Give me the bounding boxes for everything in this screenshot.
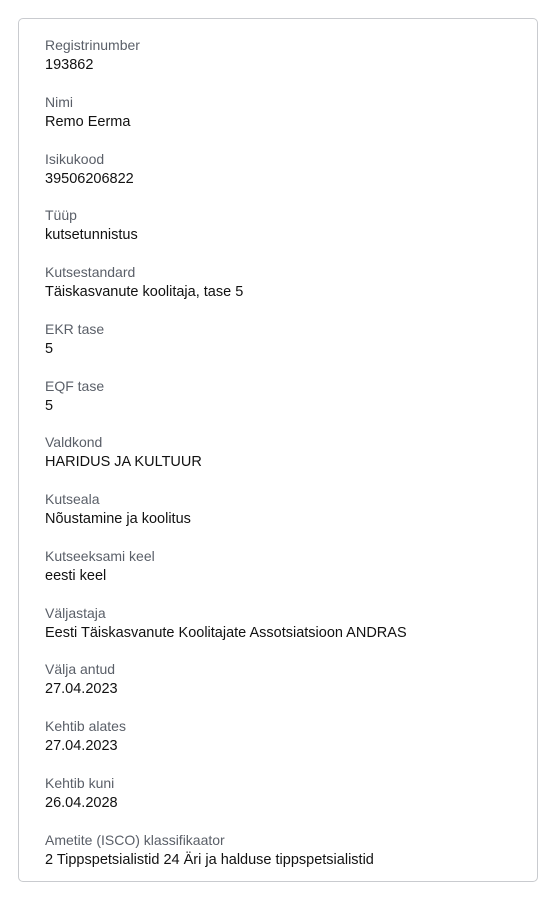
field-eqf-tase: EQF tase 5: [45, 376, 511, 433]
field-label: Registrinumber: [45, 35, 511, 56]
field-value: 193862: [45, 56, 511, 74]
field-value: 27.04.2023: [45, 680, 511, 698]
field-label: Väljastaja: [45, 603, 511, 624]
field-value: 26.04.2028: [45, 794, 511, 812]
field-label: Kutsestandard: [45, 262, 511, 283]
field-value: 27.04.2023: [45, 737, 511, 755]
field-label: Valdkond: [45, 432, 511, 453]
field-label: Kehtib kuni: [45, 773, 511, 794]
field-kehtib-alates: Kehtib alates 27.04.2023: [45, 716, 511, 773]
field-label: Kutseala: [45, 489, 511, 510]
field-tyyp: Tüüp kutsetunnistus: [45, 205, 511, 262]
field-value: 2 Tippspetsialistid 24 Äri ja halduse ti…: [45, 851, 511, 869]
field-label: Kehtib alates: [45, 716, 511, 737]
field-nimi: Nimi Remo Eerma: [45, 92, 511, 149]
field-ekr-tase: EKR tase 5: [45, 319, 511, 376]
field-label: Välja antud: [45, 659, 511, 680]
field-registrinumber: Registrinumber 193862: [45, 35, 511, 92]
field-value: Täiskasvanute koolitaja, tase 5: [45, 283, 511, 301]
field-value: 39506206822: [45, 170, 511, 188]
field-label: EQF tase: [45, 376, 511, 397]
field-kutseeksami-keel: Kutseeksami keel eesti keel: [45, 546, 511, 603]
field-value: Nõustamine ja koolitus: [45, 510, 511, 528]
field-kehtib-kuni: Kehtib kuni 26.04.2028: [45, 773, 511, 830]
field-valjastaja: Väljastaja Eesti Täiskasvanute Koolitaja…: [45, 603, 511, 660]
field-valdkond: Valdkond HARIDUS JA KULTUUR: [45, 432, 511, 489]
field-kutseala: Kutseala Nõustamine ja koolitus: [45, 489, 511, 546]
field-label: EKR tase: [45, 319, 511, 340]
field-value: Remo Eerma: [45, 113, 511, 131]
certificate-details-card: Registrinumber 193862 Nimi Remo Eerma Is…: [18, 18, 538, 882]
field-label: Isikukood: [45, 149, 511, 170]
field-value: kutsetunnistus: [45, 226, 511, 244]
field-label: Nimi: [45, 92, 511, 113]
field-isco-klassifikaator: Ametite (ISCO) klassifikaator 2 Tippspet…: [45, 830, 511, 887]
field-value: eesti keel: [45, 567, 511, 585]
field-value: 5: [45, 397, 511, 415]
field-label: Ametite (ISCO) klassifikaator: [45, 830, 511, 851]
field-value: Eesti Täiskasvanute Koolitajate Assotsia…: [45, 624, 511, 642]
field-value: 5: [45, 340, 511, 358]
field-valja-antud: Välja antud 27.04.2023: [45, 659, 511, 716]
field-label: Kutseeksami keel: [45, 546, 511, 567]
field-isikukood: Isikukood 39506206822: [45, 149, 511, 206]
field-kutsestandard: Kutsestandard Täiskasvanute koolitaja, t…: [45, 262, 511, 319]
field-label: Tüüp: [45, 205, 511, 226]
field-value: HARIDUS JA KULTUUR: [45, 453, 511, 471]
